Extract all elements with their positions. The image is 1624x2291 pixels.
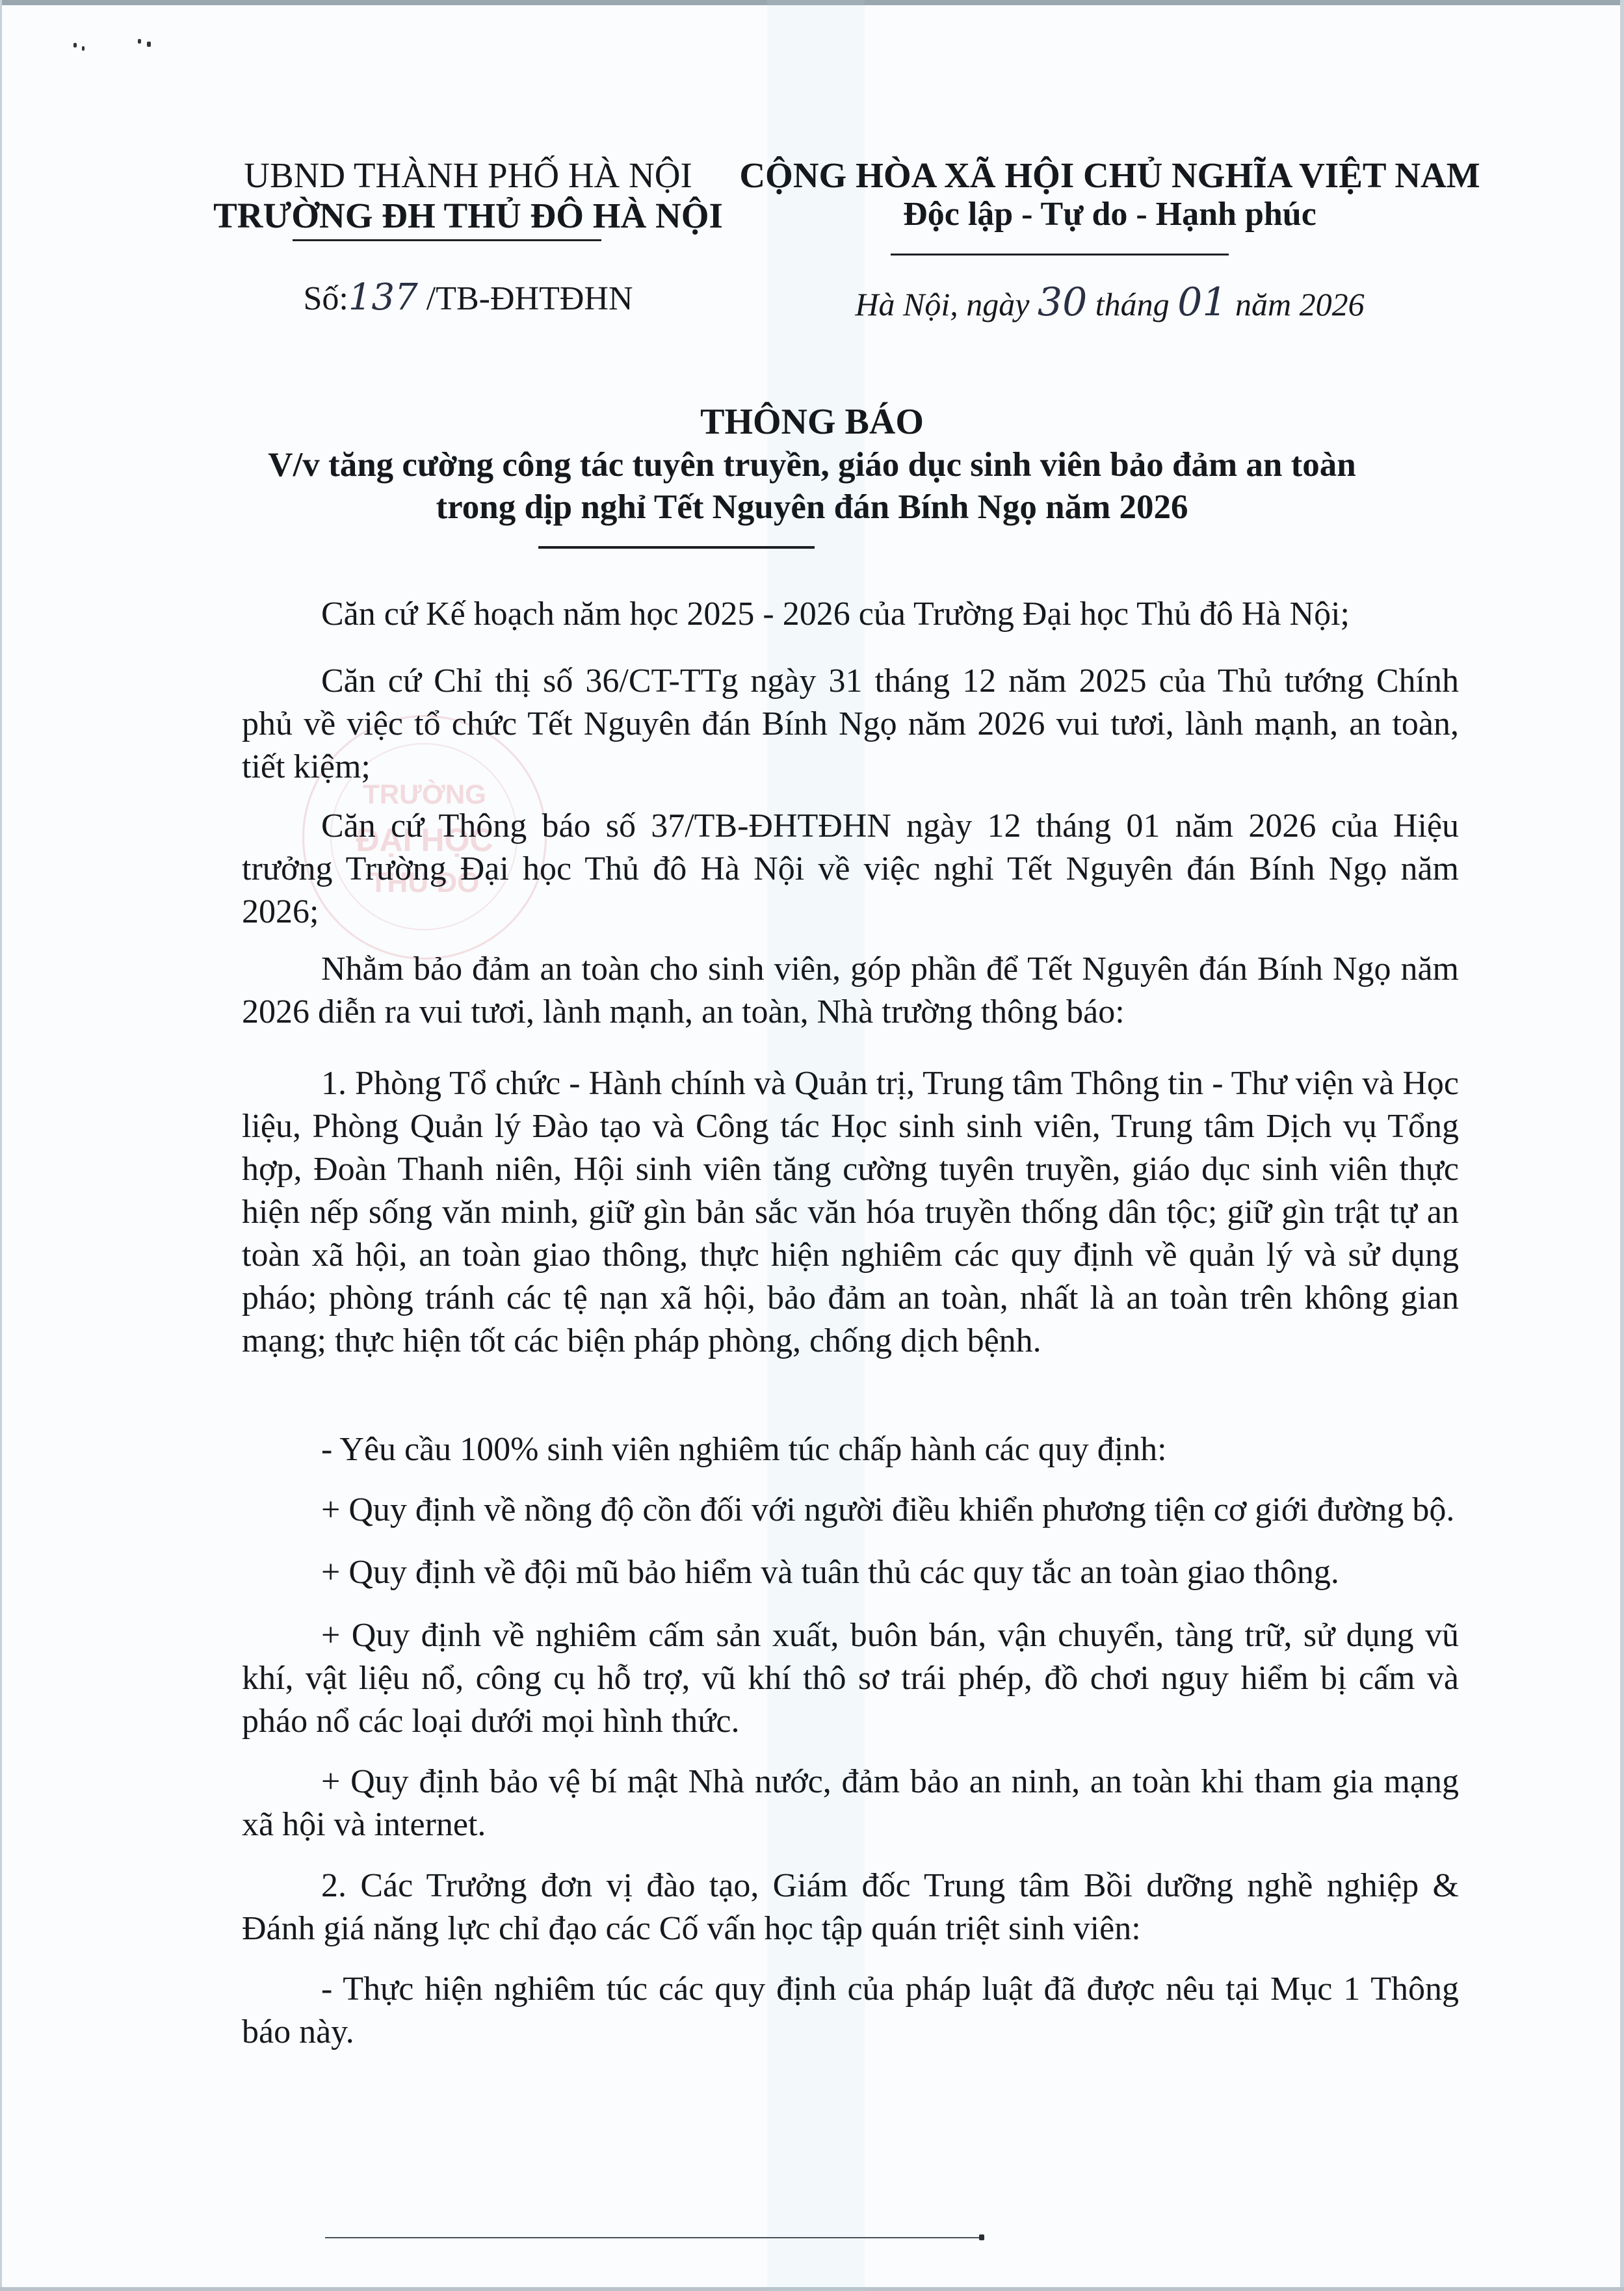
page-end-mark: [979, 2234, 984, 2240]
paragraph-text: - Thực hiện nghiêm túc các quy định của …: [242, 1968, 1459, 2054]
body-item-2-detail: - Thực hiện nghiêm túc các quy định của …: [242, 1968, 1459, 2054]
paragraph-text: + Quy định về đội mũ bảo hiểm và tuân th…: [242, 1551, 1459, 1594]
date-mid: tháng: [1087, 286, 1177, 322]
paragraph-text: 2. Các Trưởng đơn vị đào tạo, Giám đốc T…: [242, 1865, 1459, 1950]
paragraph-text: - Yêu cầu 100% sinh viên nghiêm túc chấp…: [242, 1428, 1459, 1471]
page-end-line: [325, 2237, 982, 2238]
scan-speck: [73, 43, 77, 47]
document-number: Số:137 /TB-ĐHTĐHN: [303, 276, 633, 319]
body-paragraph-legal-basis-3: Căn cứ Thông báo số 37/TB-ĐHTĐHN ngày 12…: [242, 805, 1459, 934]
paragraph-text: 1. Phòng Tổ chức - Hành chính và Quản tr…: [242, 1062, 1459, 1363]
paragraph-text: + Quy định về nồng độ cồn đối với người …: [242, 1489, 1459, 1532]
date-prefix: Hà Nội, ngày: [855, 286, 1038, 322]
paragraph-text: Căn cứ Kế hoạch năm học 2025 - 2026 của …: [242, 593, 1459, 636]
body-rule-state-secrets: + Quy định bảo vệ bí mật Nhà nước, đảm b…: [242, 1761, 1459, 1846]
organization-underline: [293, 239, 601, 241]
body-paragraph-legal-basis-2: Căn cứ Chỉ thị số 36/CT-TTg ngày 31 thán…: [242, 660, 1459, 789]
issuing-organization: TRƯỜNG ĐH THỦ ĐÔ HÀ NỘI: [213, 195, 723, 236]
body-requirement-intro: - Yêu cầu 100% sinh viên nghiêm túc chấp…: [242, 1428, 1459, 1471]
title-underline: [538, 546, 815, 549]
body-rule-alcohol: + Quy định về nồng độ cồn đối với người …: [242, 1489, 1459, 1532]
date-month-handwritten: 01: [1177, 280, 1227, 325]
paragraph-text: Căn cứ Thông báo số 37/TB-ĐHTĐHN ngày 12…: [242, 805, 1459, 934]
motto-underline: [891, 254, 1229, 255]
body-item-1: 1. Phòng Tổ chức - Hành chính và Quản tr…: [242, 1062, 1459, 1363]
issuing-authority: UBND THÀNH PHỐ HÀ NỘI: [244, 155, 692, 196]
date-suffix: năm 2026: [1227, 286, 1365, 322]
body-rule-helmet: + Quy định về đội mũ bảo hiểm và tuân th…: [242, 1551, 1459, 1594]
scan-border-right: [1620, 0, 1624, 2291]
document-number-suffix: /TB-ĐHTĐHN: [418, 280, 633, 317]
body-paragraph-legal-basis-1: Căn cứ Kế hoạch năm học 2025 - 2026 của …: [242, 593, 1459, 636]
document-number-handwritten: 137: [348, 276, 418, 319]
scan-speck: [82, 46, 85, 51]
paragraph-text: Nhằm bảo đảm an toàn cho sinh viên, góp …: [242, 948, 1459, 1034]
scan-border-left: [0, 0, 2, 2291]
scan-speck: [147, 42, 151, 47]
paragraph-text: + Quy định bảo vệ bí mật Nhà nước, đảm b…: [242, 1761, 1459, 1846]
paragraph-text: + Quy định về nghiêm cấm sản xuất, buôn …: [242, 1614, 1459, 1743]
document-subject-line-1: V/v tăng cường công tác tuyên truyền, gi…: [268, 445, 1356, 484]
body-paragraph-purpose: Nhằm bảo đảm an toàn cho sinh viên, góp …: [242, 948, 1459, 1034]
national-motto: Độc lập - Tự do - Hạnh phúc: [903, 195, 1316, 233]
national-title: CỘNG HÒA XÃ HỘI CHỦ NGHĨA VIỆT NAM: [739, 155, 1480, 196]
paragraph-text: Căn cứ Chỉ thị số 36/CT-TTg ngày 31 thán…: [242, 660, 1459, 789]
document-type-heading: THÔNG BÁO: [700, 401, 924, 443]
body-rule-weapons: + Quy định về nghiêm cấm sản xuất, buôn …: [242, 1614, 1459, 1743]
document-subject-line-2: trong dịp nghỉ Tết Nguyên đán Bính Ngọ n…: [436, 488, 1188, 527]
place-and-date: Hà Nội, ngày 30 tháng 01 năm 2026: [855, 280, 1364, 325]
document-number-prefix: Số:: [303, 280, 348, 317]
scan-speck: [138, 39, 141, 44]
body-item-2: 2. Các Trưởng đơn vị đào tạo, Giám đốc T…: [242, 1865, 1459, 1950]
date-day-handwritten: 30: [1038, 280, 1087, 325]
